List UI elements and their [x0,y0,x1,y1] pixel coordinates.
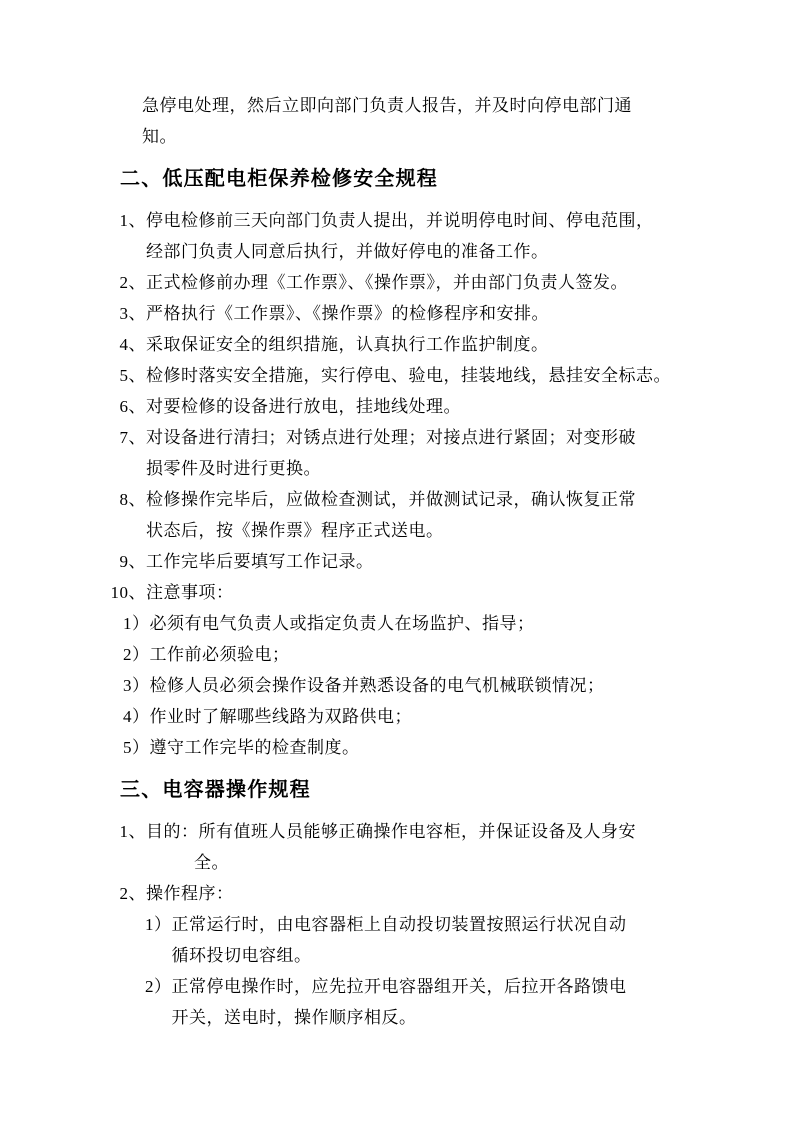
sub-item-text-line: 开关，送电时，操作顺序相反。 [172,1002,714,1033]
section-2-heading: 二、低压配电柜保养检修安全规程 [120,162,708,196]
sub-item-text-line: 必须有电气负责人或指定负责人在场监护、指导； [150,608,714,639]
sub-item-number: 5） [123,732,150,763]
list-item: 2、 正式检修前办理《工作票》、《操作票》，并由部门负责人签发。 [98,267,713,298]
sub-item-number: 1） [145,909,172,971]
item-text-line: 操作程序： [146,878,713,909]
document-page: 急停电处理，然后立即向部门负责人报告，并及时向停电部门通 知。 二、低压配电柜保… [0,0,793,1122]
item-text-line: 经部门负责人同意后执行，并做好停电的准备工作。 [146,236,713,267]
item-text-line: 状态后，按《操作票》程序正式送电。 [146,515,713,546]
list-item: 6、 对要检修的设备进行放电，挂地线处理。 [98,391,713,422]
item-number: 3、 [98,298,146,329]
sub-item: 1） 必须有电气负责人或指定负责人在场监护、指导； [123,608,713,639]
item-number: 9、 [98,546,146,577]
item-text-line: 采取保证安全的组织措施，认真执行工作监护制度。 [146,329,713,360]
sub-item-number: 2） [145,971,172,1033]
item-text-line: 停电检修前三天向部门负责人提出，并说明停电时间、停电范围， [146,205,713,236]
sub-item-text-line: 正常运行时，由电容器柜上自动投切装置按照运行状况自动 [172,909,714,940]
sub-item-number: 4） [123,701,150,732]
list-item: 10、 注意事项： [98,577,713,608]
list-item: 1、 停电检修前三天向部门负责人提出，并说明停电时间、停电范围， 经部门负责人同… [98,205,713,267]
item-text-line: 正式检修前办理《工作票》、《操作票》，并由部门负责人签发。 [146,267,713,298]
item-number: 4、 [98,329,146,360]
item-text-line: 注意事项： [146,577,713,608]
item-text-line: 全。 [146,847,713,878]
sub-item: 3） 检修人员必须会操作设备并熟悉设备的电气机械联锁情况； [123,670,713,701]
item-number: 1、 [98,816,146,878]
item-text-line: 损零件及时进行更换。 [146,453,713,484]
item-number: 6、 [98,391,146,422]
item-text-line: 对要检修的设备进行放电，挂地线处理。 [146,391,713,422]
sub-item-number: 3） [123,670,150,701]
item-text-line: 检修操作完毕后，应做检查测试，并做测试记录，确认恢复正常 [146,484,713,515]
page-content: 急停电处理，然后立即向部门负责人报告，并及时向停电部门通 知。 二、低压配电柜保… [0,0,793,1033]
sub-item: 2） 工作前必须验电； [123,639,713,670]
item-number: 2、 [98,267,146,298]
list-item: 4、 采取保证安全的组织措施，认真执行工作监护制度。 [98,329,713,360]
sub-item: 2） 正常停电操作时，应先拉开电容器组开关，后拉开各路馈电 开关，送电时，操作顺… [145,971,713,1033]
sub-item: 4） 作业时了解哪些线路为双路供电； [123,701,713,732]
sub-item: 5） 遵守工作完毕的检查制度。 [123,732,713,763]
sub-item-text-line: 循环投切电容组。 [172,940,714,971]
item-text-line: 工作完毕后要填写工作记录。 [146,546,713,577]
item-number: 5、 [98,360,146,391]
section-3-heading: 三、电容器操作规程 [120,773,708,807]
item-text-line: 目的：所有值班人员能够正确操作电容柜，并保证设备及人身安 [146,816,713,847]
list-item: 1、 目的：所有值班人员能够正确操作电容柜，并保证设备及人身安 全。 [98,816,713,878]
item-number: 2、 [98,878,146,909]
list-item: 3、 严格执行《工作票》、《操作票》的检修程序和安排。 [98,298,713,329]
intro-paragraph: 急停电处理，然后立即向部门负责人报告，并及时向停电部门通 知。 [142,90,708,152]
item-text-line: 检修时落实安全措施，实行停电、验电，挂装地线，悬挂安全标志。 [146,360,713,391]
item-number: 1、 [98,205,146,267]
item-text-line: 对设备进行清扫；对锈点进行处理；对接点进行紧固；对变形破 [146,422,713,453]
item-number: 8、 [98,484,146,546]
item-text-line: 严格执行《工作票》、《操作票》的检修程序和安排。 [146,298,713,329]
sub-item-text-line: 检修人员必须会操作设备并熟悉设备的电气机械联锁情况； [150,670,714,701]
sub-item-text-line: 工作前必须验电； [150,639,714,670]
list-item: 9、 工作完毕后要填写工作记录。 [98,546,713,577]
list-item: 2、 操作程序： [98,878,713,909]
sub-item-number: 2） [123,639,150,670]
sub-item-text-line: 作业时了解哪些线路为双路供电； [150,701,714,732]
list-item: 7、 对设备进行清扫；对锈点进行处理；对接点进行紧固；对变形破 损零件及时进行更… [98,422,713,484]
sub-item: 1） 正常运行时，由电容器柜上自动投切装置按照运行状况自动 循环投切电容组。 [145,909,713,971]
list-item: 8、 检修操作完毕后，应做检查测试，并做测试记录，确认恢复正常 状态后，按《操作… [98,484,713,546]
item-number: 7、 [98,422,146,484]
intro-line: 知。 [142,121,708,152]
intro-line: 急停电处理，然后立即向部门负责人报告，并及时向停电部门通 [142,90,708,121]
sub-item-text-line: 正常停电操作时，应先拉开电容器组开关，后拉开各路馈电 [172,971,714,1002]
item-number: 10、 [98,577,146,608]
sub-item-text-line: 遵守工作完毕的检查制度。 [150,732,714,763]
sub-item-number: 1） [123,608,150,639]
list-item: 5、 检修时落实安全措施，实行停电、验电，挂装地线，悬挂安全标志。 [98,360,713,391]
